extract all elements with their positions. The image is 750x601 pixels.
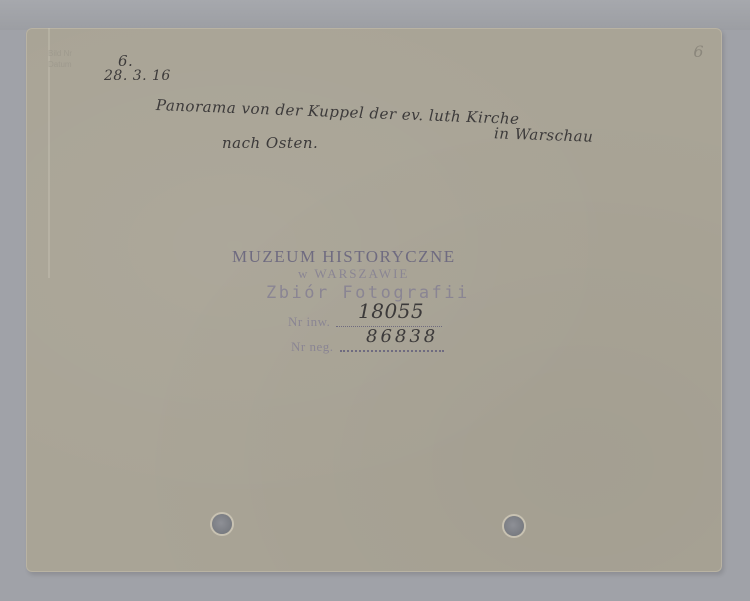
inventory-number: 18055	[358, 299, 424, 323]
handwritten-caption-line3: nach Osten.	[222, 134, 318, 152]
punch-hole-left	[212, 514, 232, 534]
punch-hole-right	[504, 516, 524, 536]
scan-background	[0, 0, 750, 30]
handwritten-date: 28. 3. 16	[104, 68, 171, 84]
negative-number: 86838	[366, 326, 438, 347]
ghost-line: Bild Nr	[48, 48, 72, 59]
ghost-line: Datum	[48, 59, 72, 70]
museum-stamp-line1: MUZEUM HISTORYCZNE	[232, 247, 456, 267]
museum-stamp-line2: w WARSZAWIE	[298, 266, 409, 282]
negative-dotted-line	[340, 350, 444, 352]
photo-mount-card: Bild Nr Datum 6 6. 28. 3. 16 Panorama vo…	[26, 28, 722, 572]
ghost-print-text: Bild Nr Datum	[48, 48, 72, 70]
pencil-corner-mark: 6	[693, 42, 704, 61]
handwritten-caption-line2: in Warschau	[494, 124, 594, 145]
negative-label: Nr neg.	[291, 339, 334, 355]
handwritten-caption-line1: Panorama von der Kuppel der ev. luth Kir…	[156, 96, 520, 128]
inventory-label: Nr inw.	[288, 314, 330, 330]
